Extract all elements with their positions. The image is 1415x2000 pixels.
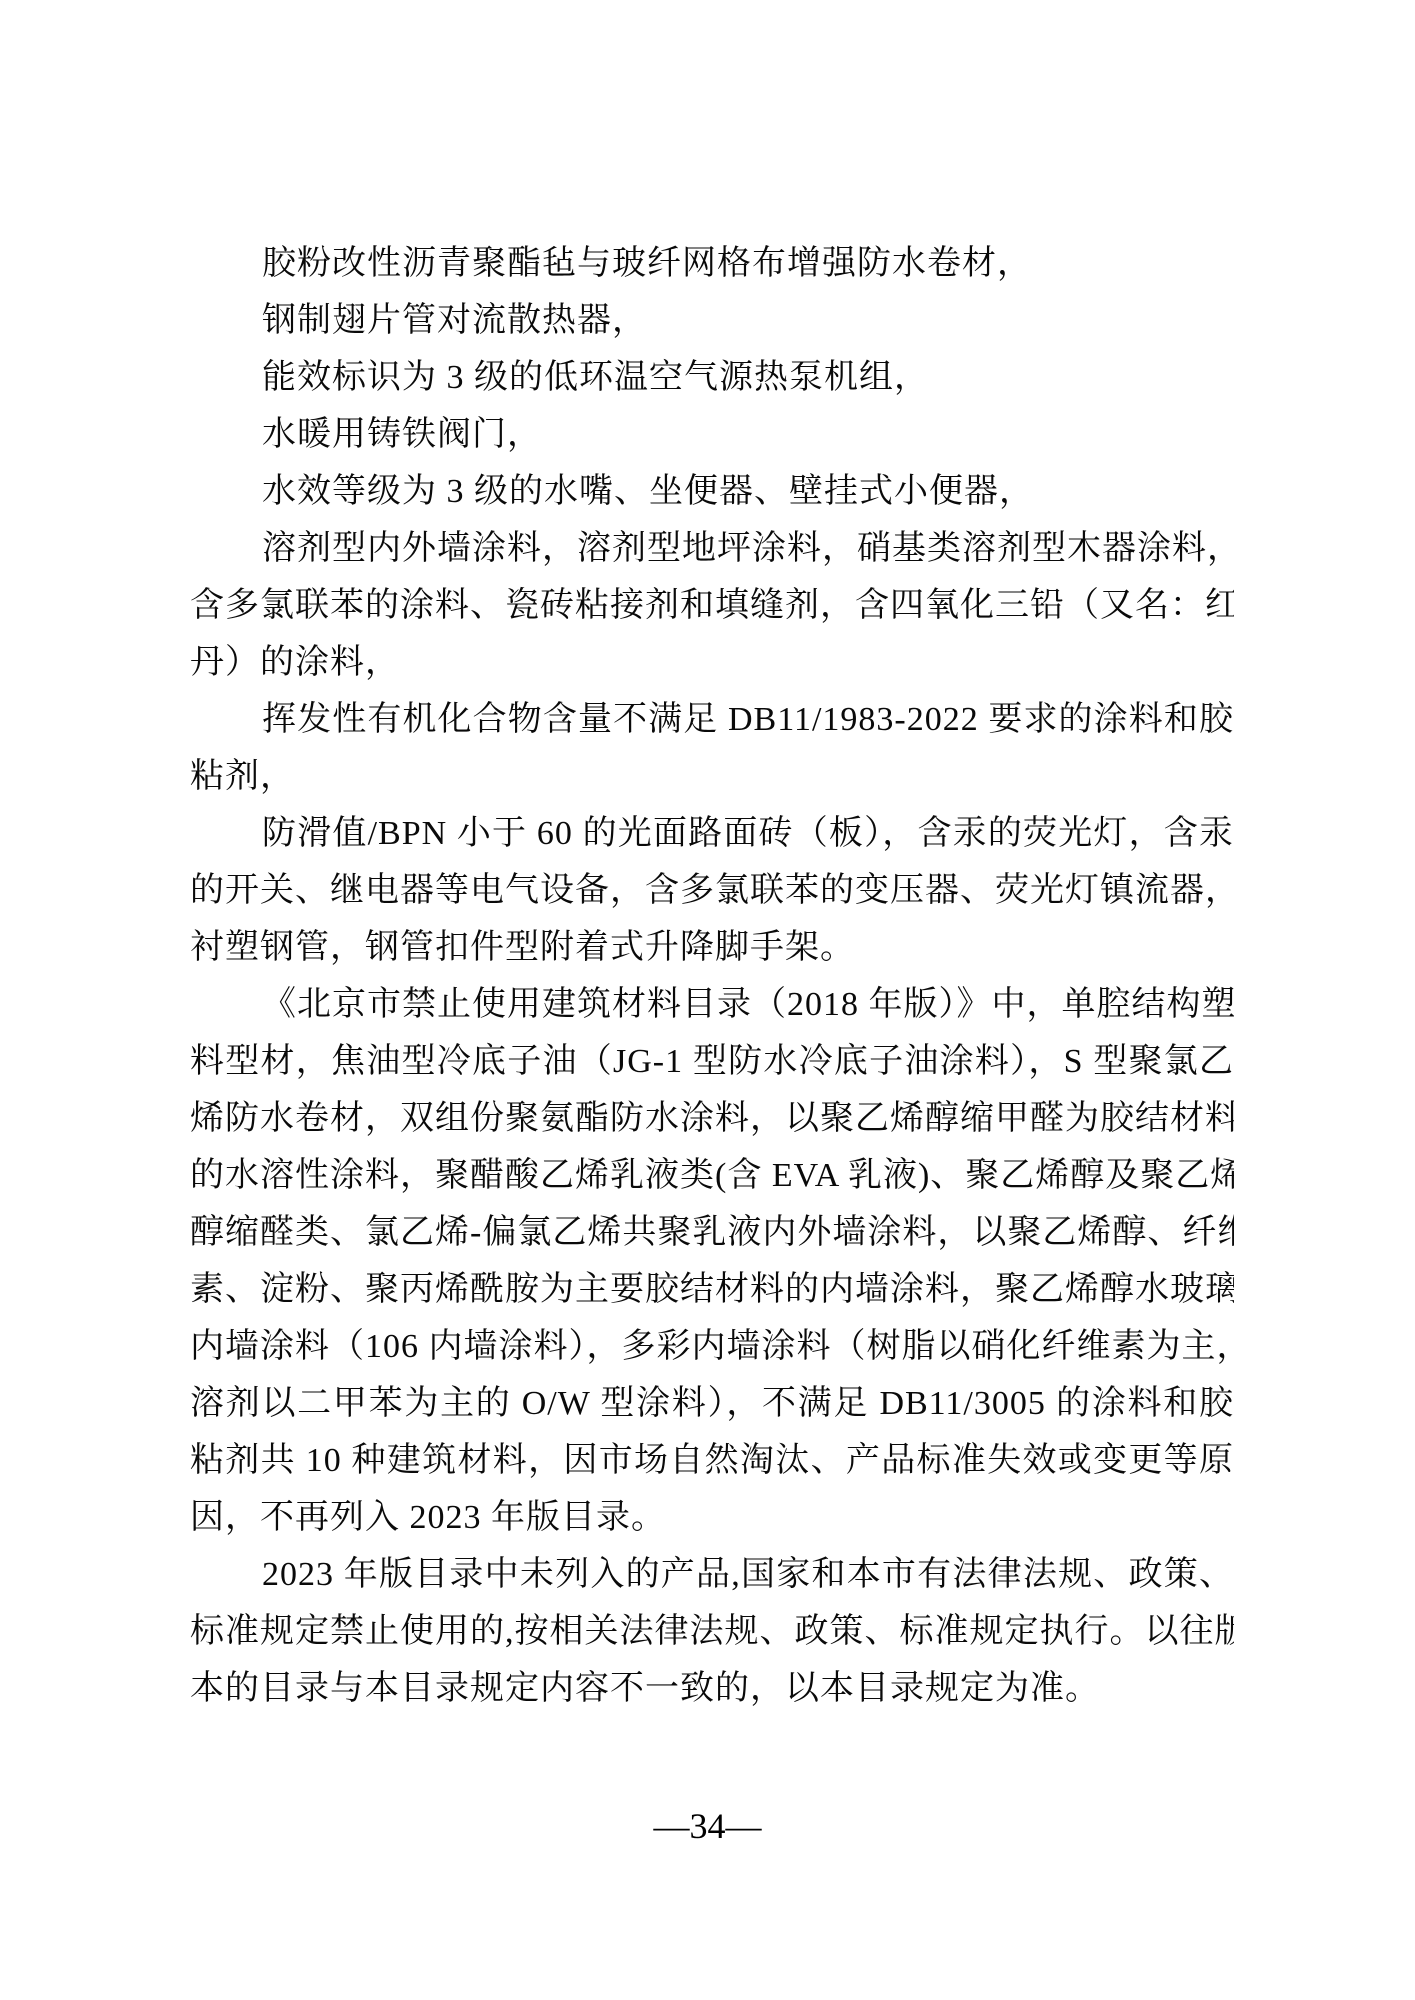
text-line: 胶粉改性沥青聚酯毡与玻纤网格布增强防水卷材， bbox=[190, 235, 1234, 292]
text-line: 水效等级为 3 级的水嘴、坐便器、壁挂式小便器， bbox=[190, 463, 1234, 520]
text-line: 钢制翅片管对流散热器， bbox=[190, 292, 1234, 349]
text-line: 挥发性有机化合物含量不满足 DB11/1983-2022 要求的涂料和胶 bbox=[190, 691, 1234, 748]
text-line: 粘剂， bbox=[190, 748, 1234, 805]
text-line: 衬塑钢管，钢管扣件型附着式升降脚手架。 bbox=[190, 919, 1234, 976]
text-line: 2023 年版目录中未列入的产品,国家和本市有法律法规、政策、 bbox=[190, 1546, 1234, 1603]
text-line: 《北京市禁止使用建筑材料目录（2018 年版）》中，单腔结构塑 bbox=[190, 976, 1234, 1033]
text-line: 料型材，焦油型冷底子油（JG-1 型防水冷底子油涂料），S 型聚氯乙 bbox=[190, 1033, 1234, 1090]
text-line: 水暖用铸铁阀门， bbox=[190, 406, 1234, 463]
document-page: 胶粉改性沥青聚酯毡与玻纤网格布增强防水卷材， 钢制翅片管对流散热器， 能效标识为… bbox=[0, 0, 1415, 2000]
text-line: 防滑值/BPN 小于 60 的光面路面砖（板），含汞的荧光灯，含汞 bbox=[190, 805, 1234, 862]
text-line: 丹）的涂料， bbox=[190, 634, 1234, 691]
text-line: 标准规定禁止使用的,按相关法律法规、政策、标准规定执行。以往版 bbox=[190, 1603, 1234, 1660]
text-line: 的开关、继电器等电气设备，含多氯联苯的变压器、荧光灯镇流器， bbox=[190, 862, 1234, 919]
text-line: 的水溶性涂料，聚醋酸乙烯乳液类(含 EVA 乳液)、聚乙烯醇及聚乙烯 bbox=[190, 1147, 1234, 1204]
text-line: 能效标识为 3 级的低环温空气源热泵机组， bbox=[190, 349, 1234, 406]
page-number: —34— bbox=[0, 1806, 1415, 1846]
text-line: 粘剂共 10 种建筑材料，因市场自然淘汰、产品标准失效或变更等原 bbox=[190, 1432, 1234, 1489]
text-line: 素、淀粉、聚丙烯酰胺为主要胶结材料的内墙涂料，聚乙烯醇水玻璃 bbox=[190, 1261, 1234, 1318]
text-line: 溶剂型内外墙涂料，溶剂型地坪涂料，硝基类溶剂型木器涂料， bbox=[190, 520, 1234, 577]
text-line: 烯防水卷材，双组份聚氨酯防水涂料，以聚乙烯醇缩甲醛为胶结材料 bbox=[190, 1090, 1234, 1147]
text-line: 醇缩醛类、氯乙烯-偏氯乙烯共聚乳液内外墙涂料，以聚乙烯醇、纤维 bbox=[190, 1204, 1234, 1261]
document-body: 胶粉改性沥青聚酯毡与玻纤网格布增强防水卷材， 钢制翅片管对流散热器， 能效标识为… bbox=[190, 235, 1234, 1717]
text-line: 含多氯联苯的涂料、瓷砖粘接剂和填缝剂，含四氧化三铅（又名：红 bbox=[190, 577, 1234, 634]
text-line: 因，不再列入 2023 年版目录。 bbox=[190, 1489, 1234, 1546]
text-line: 本的目录与本目录规定内容不一致的，以本目录规定为准。 bbox=[190, 1660, 1234, 1717]
text-line: 内墙涂料（106 内墙涂料），多彩内墙涂料（树脂以硝化纤维素为主， bbox=[190, 1318, 1234, 1375]
text-line: 溶剂以二甲苯为主的 O/W 型涂料），不满足 DB11/3005 的涂料和胶 bbox=[190, 1375, 1234, 1432]
